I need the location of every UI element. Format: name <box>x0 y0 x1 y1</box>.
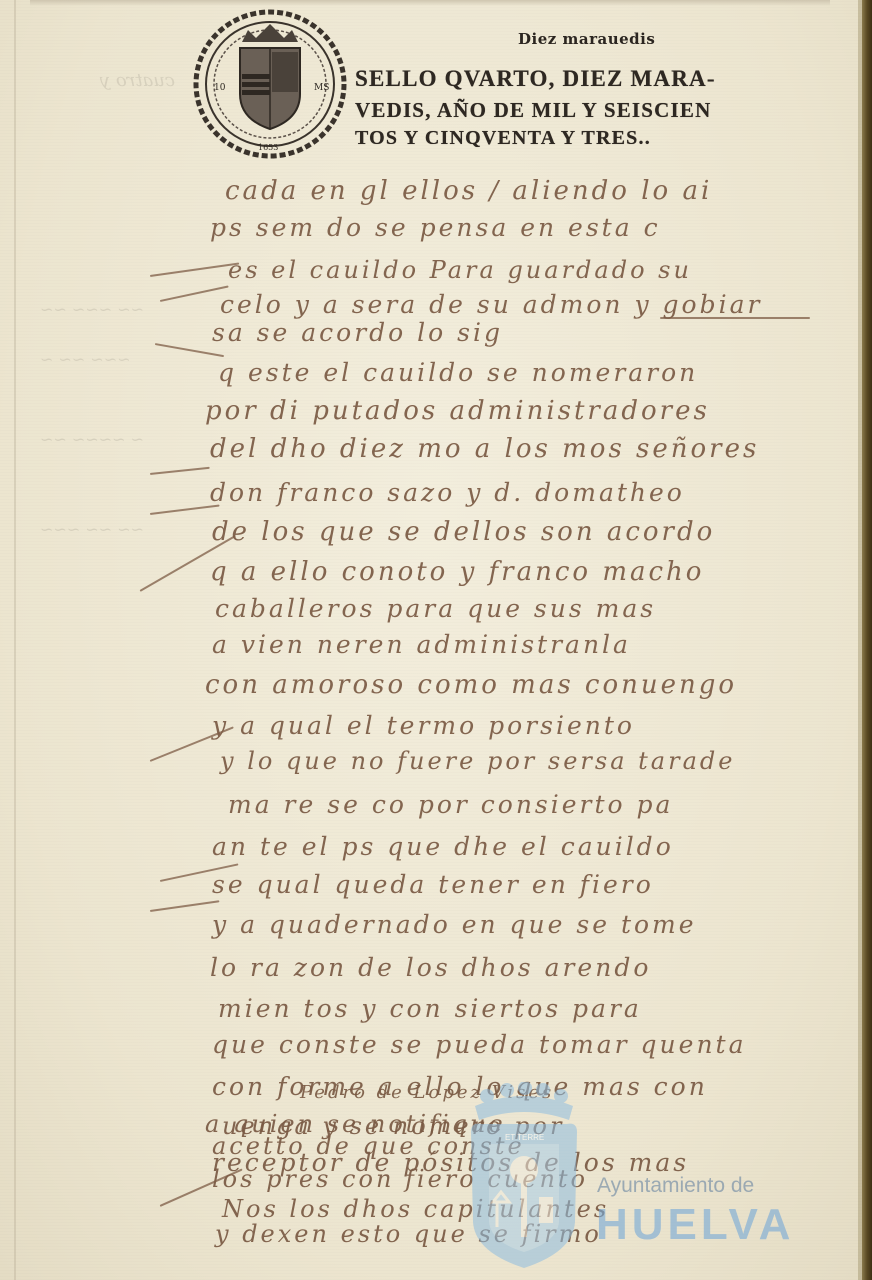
manuscript-line-text: y a qual el termo porsiento <box>212 711 635 740</box>
coat-of-arms-seal: 10 MS 1653 <box>190 4 350 159</box>
manuscript-line-text: de los que se dellos son acordo <box>212 517 715 547</box>
manuscript-line-text: an te el ps que dhe el cauildo <box>212 832 674 861</box>
page-top-edge <box>30 0 830 6</box>
royal-arms-icon: 10 MS 1653 <box>190 4 350 159</box>
stamp-heading-line-3: TOS Y CINQVENTA Y TRES.. <box>355 127 651 150</box>
shield-motto: ET TERRE <box>505 1133 544 1142</box>
manuscript-line-text: caballeros para que sus mas <box>215 594 656 623</box>
huelva-shield-watermark: ET TERRE <box>465 1082 583 1272</box>
manuscript-line-text: y a quadernado en que se tome <box>212 910 697 939</box>
manuscript-line-text: del dho diez mo a los mos señores <box>210 434 759 464</box>
manuscript-line-text: con amoroso como mas conuengo <box>205 670 737 700</box>
manuscript-line-text: a vien neren administranla <box>212 630 631 659</box>
manuscript-line-text: y lo que no fuere por sersa tarade <box>220 747 735 775</box>
bleed-through-text: cuatro y <box>100 70 175 91</box>
seal-year: 1653 <box>258 143 278 152</box>
stamp-heading-line-2: VEDIS, AÑO DE MIL Y SEISCIEN <box>355 98 711 123</box>
shield-icon: ET TERRE <box>465 1082 583 1272</box>
seal-left-mark: 10 <box>214 83 226 93</box>
manuscript-line-text: se qual queda tener en fiero <box>212 870 654 899</box>
bleed-through-text: ~~~ ~~ ~ <box>40 350 131 369</box>
manuscript-line-text: ps sem do se pensa en esta c <box>210 213 661 242</box>
line-rule <box>660 317 810 319</box>
stamp-value-label: Diez marauedis <box>518 30 655 48</box>
manuscript-line-text: lo ra zon de los dhos arendo <box>210 953 651 982</box>
manuscript-line-text: ma re se co por consierto pa <box>228 790 673 819</box>
manuscript-line-text: q este el cauildo se nomeraron <box>218 358 698 387</box>
page-left-fold <box>14 0 16 1280</box>
bleed-through-text: ~~ ~~~ ~~ <box>40 300 144 319</box>
book-binding-edge <box>862 0 872 1280</box>
bleed-through-text: ~ ~~~~ ~~ <box>40 430 144 449</box>
manuscript-line-text: celo y a sera de su admon y gobiar <box>220 290 762 319</box>
manuscript-line-text: que conste se pueda tomar quenta <box>212 1030 747 1059</box>
watermark-ayuntamiento: Ayuntamiento de <box>597 1174 754 1198</box>
manuscript-line-text: es el cauildo Para guardado su <box>228 256 692 284</box>
manuscript-line-text: mien tos y con siertos para <box>218 994 642 1023</box>
manuscript-line-text: q a ello conoto y franco macho <box>210 557 704 587</box>
manuscript-line-text: sa se acordo lo sig <box>212 318 503 347</box>
seal-right-mark: MS <box>314 83 329 93</box>
bleed-through-text: ~~ ~~ ~~~ <box>40 520 144 539</box>
manuscript-line-text: cada en gl ellos / aliendo lo ai <box>225 176 712 206</box>
stamp-heading-line-1: SELLO QVARTO, DIEZ MARA- <box>355 66 716 92</box>
manuscript-line-text: por di putados administradores <box>205 396 710 426</box>
manuscript-line-text: don franco sazo y d. domatheo <box>210 478 685 507</box>
watermark-huelva: HUELVA <box>596 1200 794 1250</box>
